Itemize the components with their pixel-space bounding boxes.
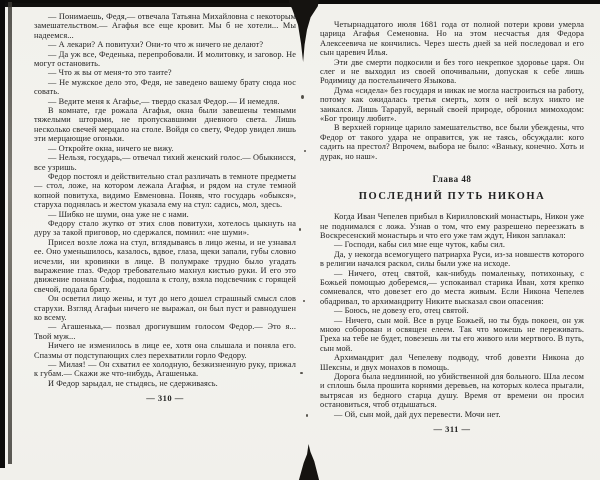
gutter-speckle	[300, 372, 303, 374]
paragraph: — Откройте окна, ничего не вижу.	[34, 144, 296, 153]
gutter-speckle	[301, 95, 304, 99]
gutter-ink-blot-bottom	[297, 444, 321, 480]
gutter-speckle	[299, 228, 301, 231]
paragraph: В комнате, где рожала Агафья, окна были …	[34, 106, 296, 144]
chapter-label: Глава 48	[320, 174, 584, 184]
right-page-number: — 311 —	[320, 424, 584, 434]
scan-left-edge-shadow	[8, 2, 12, 464]
paragraph: — Понимаешь, Федя,— отвечала Татьяна Мих…	[34, 12, 296, 40]
right-page: Четырнадцатого июля 1681 года от полной …	[320, 20, 584, 475]
paragraph: — Милая! — Он схватил ее холодную, безжи…	[34, 360, 296, 379]
paragraph: — Боюсь, не довезу его, отец святой.	[320, 306, 584, 315]
paragraph: — А лекари? А повитухи? Они-то что ж нич…	[34, 40, 296, 49]
gutter-speckle	[304, 150, 306, 152]
paragraph: — Шибко не шуми, она уже не с нами.	[34, 210, 296, 219]
paragraph: — Господи, кабы сил мне еще чуток, кабы …	[320, 240, 584, 249]
paragraph: — Не мужское дело это, Федя, не заведено…	[34, 78, 296, 97]
right-page-chapter-text: Когда Иван Чепелев прибыл в Кирилловский…	[320, 212, 584, 419]
paragraph: Федору стало жутко от этих слов повитухи…	[34, 219, 296, 238]
scan-top-edge-left	[0, 3, 296, 7]
paragraph: И Федор зарыдал, не стыдясь, не сдержива…	[34, 379, 296, 388]
paragraph: — Ничего, отец святой, как-нибудь помале…	[320, 269, 584, 307]
book-scan-spread: — Понимаешь, Федя,— отвечала Татьяна Мих…	[0, 0, 600, 480]
paragraph: Ничего не изменилось в лице ее, хотя она…	[34, 341, 296, 360]
paragraph: Присел возле ложа на стул, вглядываясь в…	[34, 238, 296, 294]
paragraph: Он осветил лицо жены, и тут до него доше…	[34, 294, 296, 322]
paragraph: Эти две смерти подкосили и без того некр…	[320, 58, 584, 86]
paragraph: Четырнадцатого июля 1681 года от полной …	[320, 20, 584, 58]
gutter-speckle	[306, 414, 308, 417]
chapter-title: ПОСЛЕДНИЙ ПУТЬ НИКОНА	[320, 191, 584, 202]
paragraph: Федор постоял и действительно стал разли…	[34, 172, 296, 210]
paragraph: Архимандрит дал Чепелеву подводу, чтоб д…	[320, 353, 584, 372]
left-page: — Понимаешь, Федя,— отвечала Татьяна Мих…	[34, 12, 296, 472]
paragraph: Дума «сидела» без государя и никак не мо…	[320, 86, 584, 124]
paragraph: — Агашенька,— позвал дрогнувшим голосом …	[34, 322, 296, 341]
paragraph: — Да уж все, Феденька, перепробовали. И …	[34, 50, 296, 69]
paragraph: — Ничего, сын мой. Все в руце Божьей, но…	[320, 316, 584, 354]
paragraph: — Что ж вы от меня-то это таите?	[34, 68, 296, 77]
paragraph: — Ведите меня к Агафье,— твердо сказал Ф…	[34, 97, 296, 106]
paragraph: — Ой, сын мой, дай дух перевести. Мочи н…	[320, 410, 584, 419]
scan-left-edge	[0, 0, 5, 468]
left-page-number: — 310 —	[34, 393, 296, 403]
paragraph: Дорога была недлинной, но убийственной д…	[320, 372, 584, 410]
paragraph: В верхней горнице царило замешательство,…	[320, 123, 584, 161]
paragraph: — Нельзя, государь,— отвечал тихий женск…	[34, 153, 296, 172]
paragraph: Да, у некогда всемогущего патриарха Руси…	[320, 250, 584, 269]
paragraph: Когда Иван Чепелев прибыл в Кирилловский…	[320, 212, 584, 240]
right-page-intro-text: Четырнадцатого июля 1681 года от полной …	[320, 20, 584, 161]
gutter-speckle	[303, 300, 305, 302]
left-page-text: — Понимаешь, Федя,— отвечала Татьяна Мих…	[34, 12, 296, 388]
